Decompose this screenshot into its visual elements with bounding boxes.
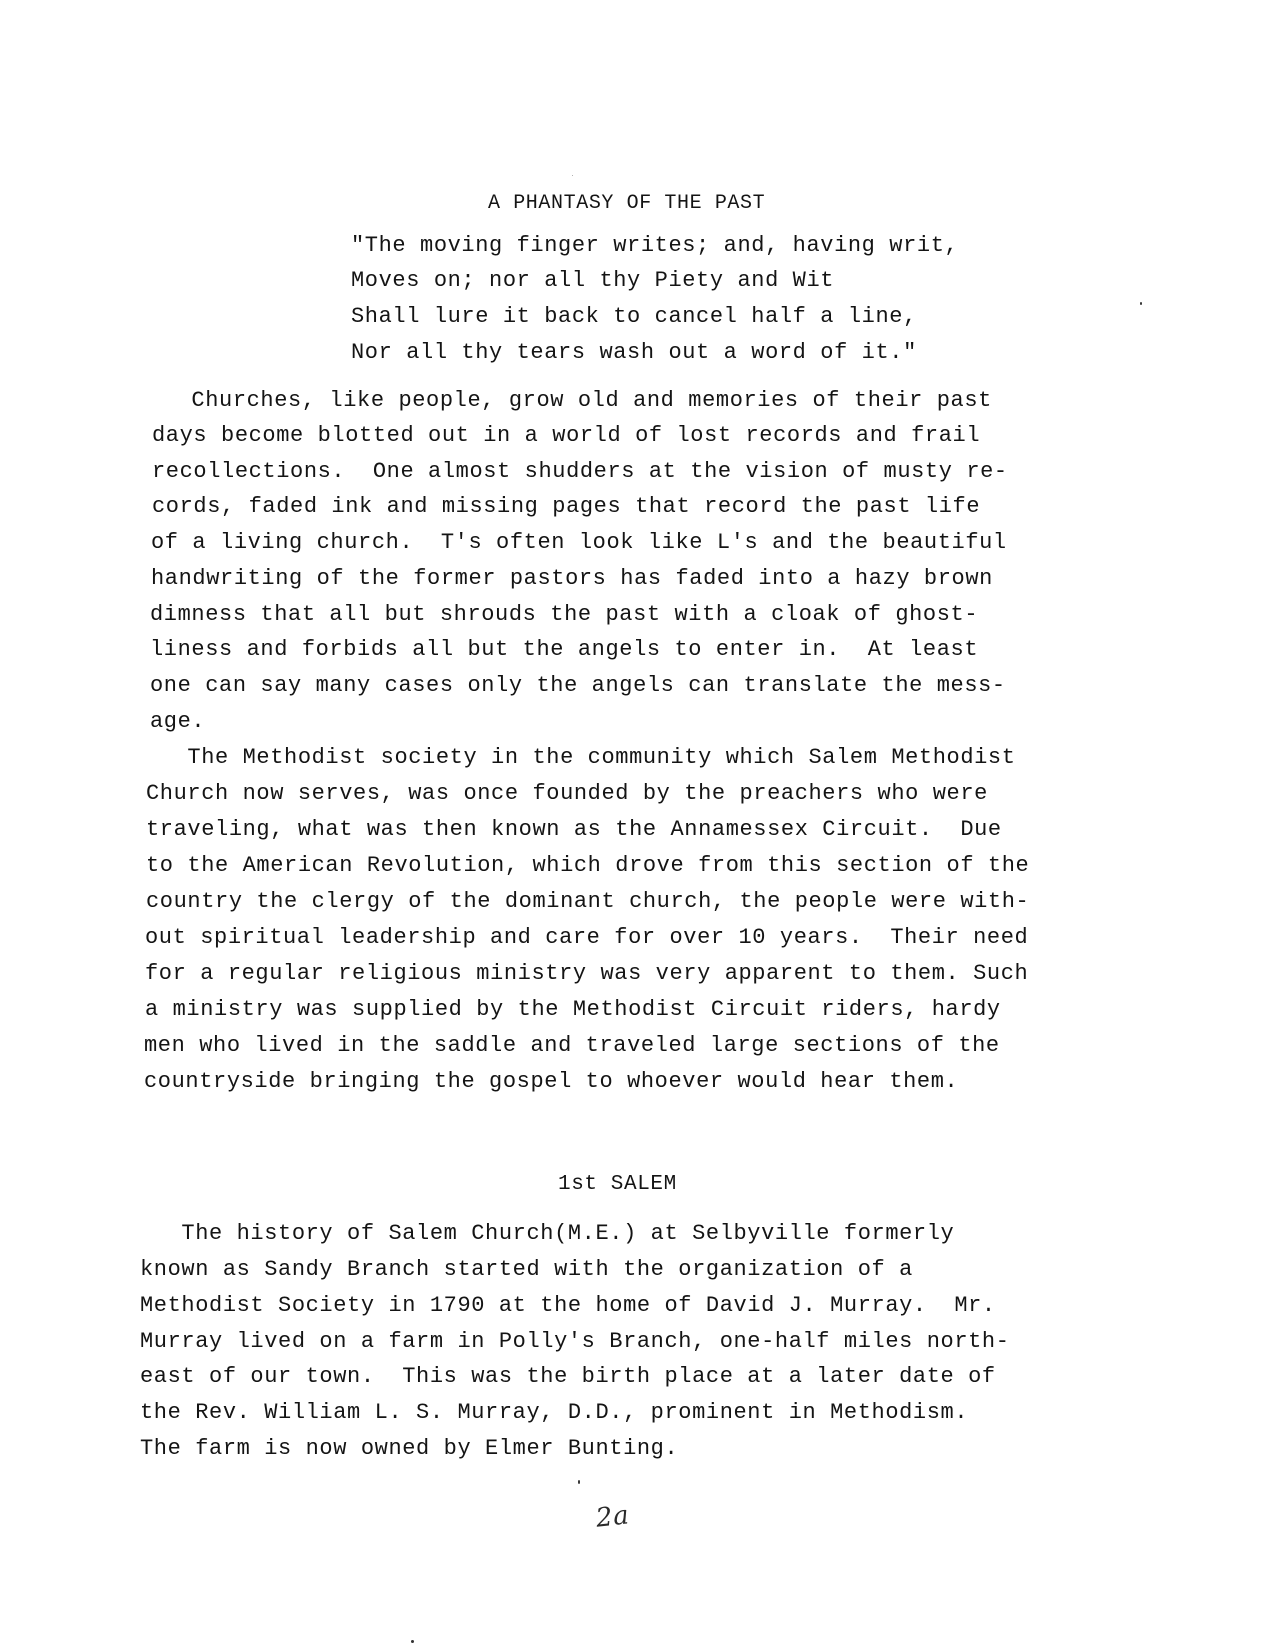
text-line: age.	[150, 709, 205, 735]
epigraph-line: Nor all thy tears wash out a word of it.…	[351, 340, 917, 366]
epigraph-line: Moves on; nor all thy Piety and Wit	[351, 268, 834, 294]
text-line: a ministry was supplied by the Methodist…	[145, 997, 1001, 1023]
text-line: days become blotted out in a world of lo…	[152, 423, 980, 449]
document-title: A PHANTASY OF THE PAST	[488, 191, 765, 217]
text-line: Churches, like people, grow old and memo…	[150, 388, 992, 414]
text-line: The Methodist society in the community w…	[146, 745, 1016, 771]
text-line: dimness that all but shrouds the past wi…	[150, 602, 978, 628]
scan-speck	[411, 1640, 414, 1643]
epigraph-line: "The moving finger writes; and, having w…	[351, 233, 958, 259]
scan-speck	[572, 175, 573, 176]
text-line: country the clergy of the dominant churc…	[146, 889, 1029, 915]
text-line: of a living church. T's often look like …	[151, 530, 1007, 556]
text-line: recollections. One almost shudders at th…	[152, 459, 1008, 485]
text-line: Church now serves, was once founded by t…	[146, 781, 988, 807]
section-heading: 1st SALEM	[558, 1172, 677, 1198]
handwritten-page-number: 2a	[595, 1500, 631, 1533]
text-line: known as Sandy Branch started with the o…	[140, 1257, 913, 1283]
document-page: A PHANTASY OF THE PAST "The moving finge…	[0, 0, 1264, 1648]
text-line: Methodist Society in 1790 at the home of…	[140, 1293, 996, 1319]
text-line: cords, faded ink and missing pages that …	[152, 494, 980, 520]
scan-speck	[578, 1480, 580, 1484]
text-line: traveling, what was then known as the An…	[146, 817, 1002, 843]
text-line: liness and forbids all but the angels to…	[150, 637, 978, 663]
text-line: Murray lived on a farm in Polly's Branch…	[140, 1329, 1010, 1355]
text-line: handwriting of the former pastors has fa…	[151, 566, 993, 592]
text-line: east of our town. This was the birth pla…	[140, 1364, 996, 1390]
text-line: for a regular religious ministry was ver…	[145, 961, 1028, 987]
text-line: one can say many cases only the angels c…	[150, 673, 1006, 699]
text-line: out spiritual leadership and care for ov…	[145, 925, 1028, 951]
text-line: countryside bringing the gospel to whoev…	[144, 1069, 958, 1095]
text-line: The farm is now owned by Elmer Bunting.	[140, 1436, 678, 1462]
text-line: men who lived in the saddle and traveled…	[144, 1033, 1000, 1059]
epigraph-line: Shall lure it back to cancel half a line…	[351, 304, 917, 330]
text-line: The history of Salem Church(M.E.) at Sel…	[140, 1221, 954, 1247]
text-line: the Rev. William L. S. Murray, D.D., pro…	[140, 1400, 968, 1426]
scan-speck	[1140, 302, 1142, 305]
text-line: to the American Revolution, which drove …	[146, 853, 1029, 879]
